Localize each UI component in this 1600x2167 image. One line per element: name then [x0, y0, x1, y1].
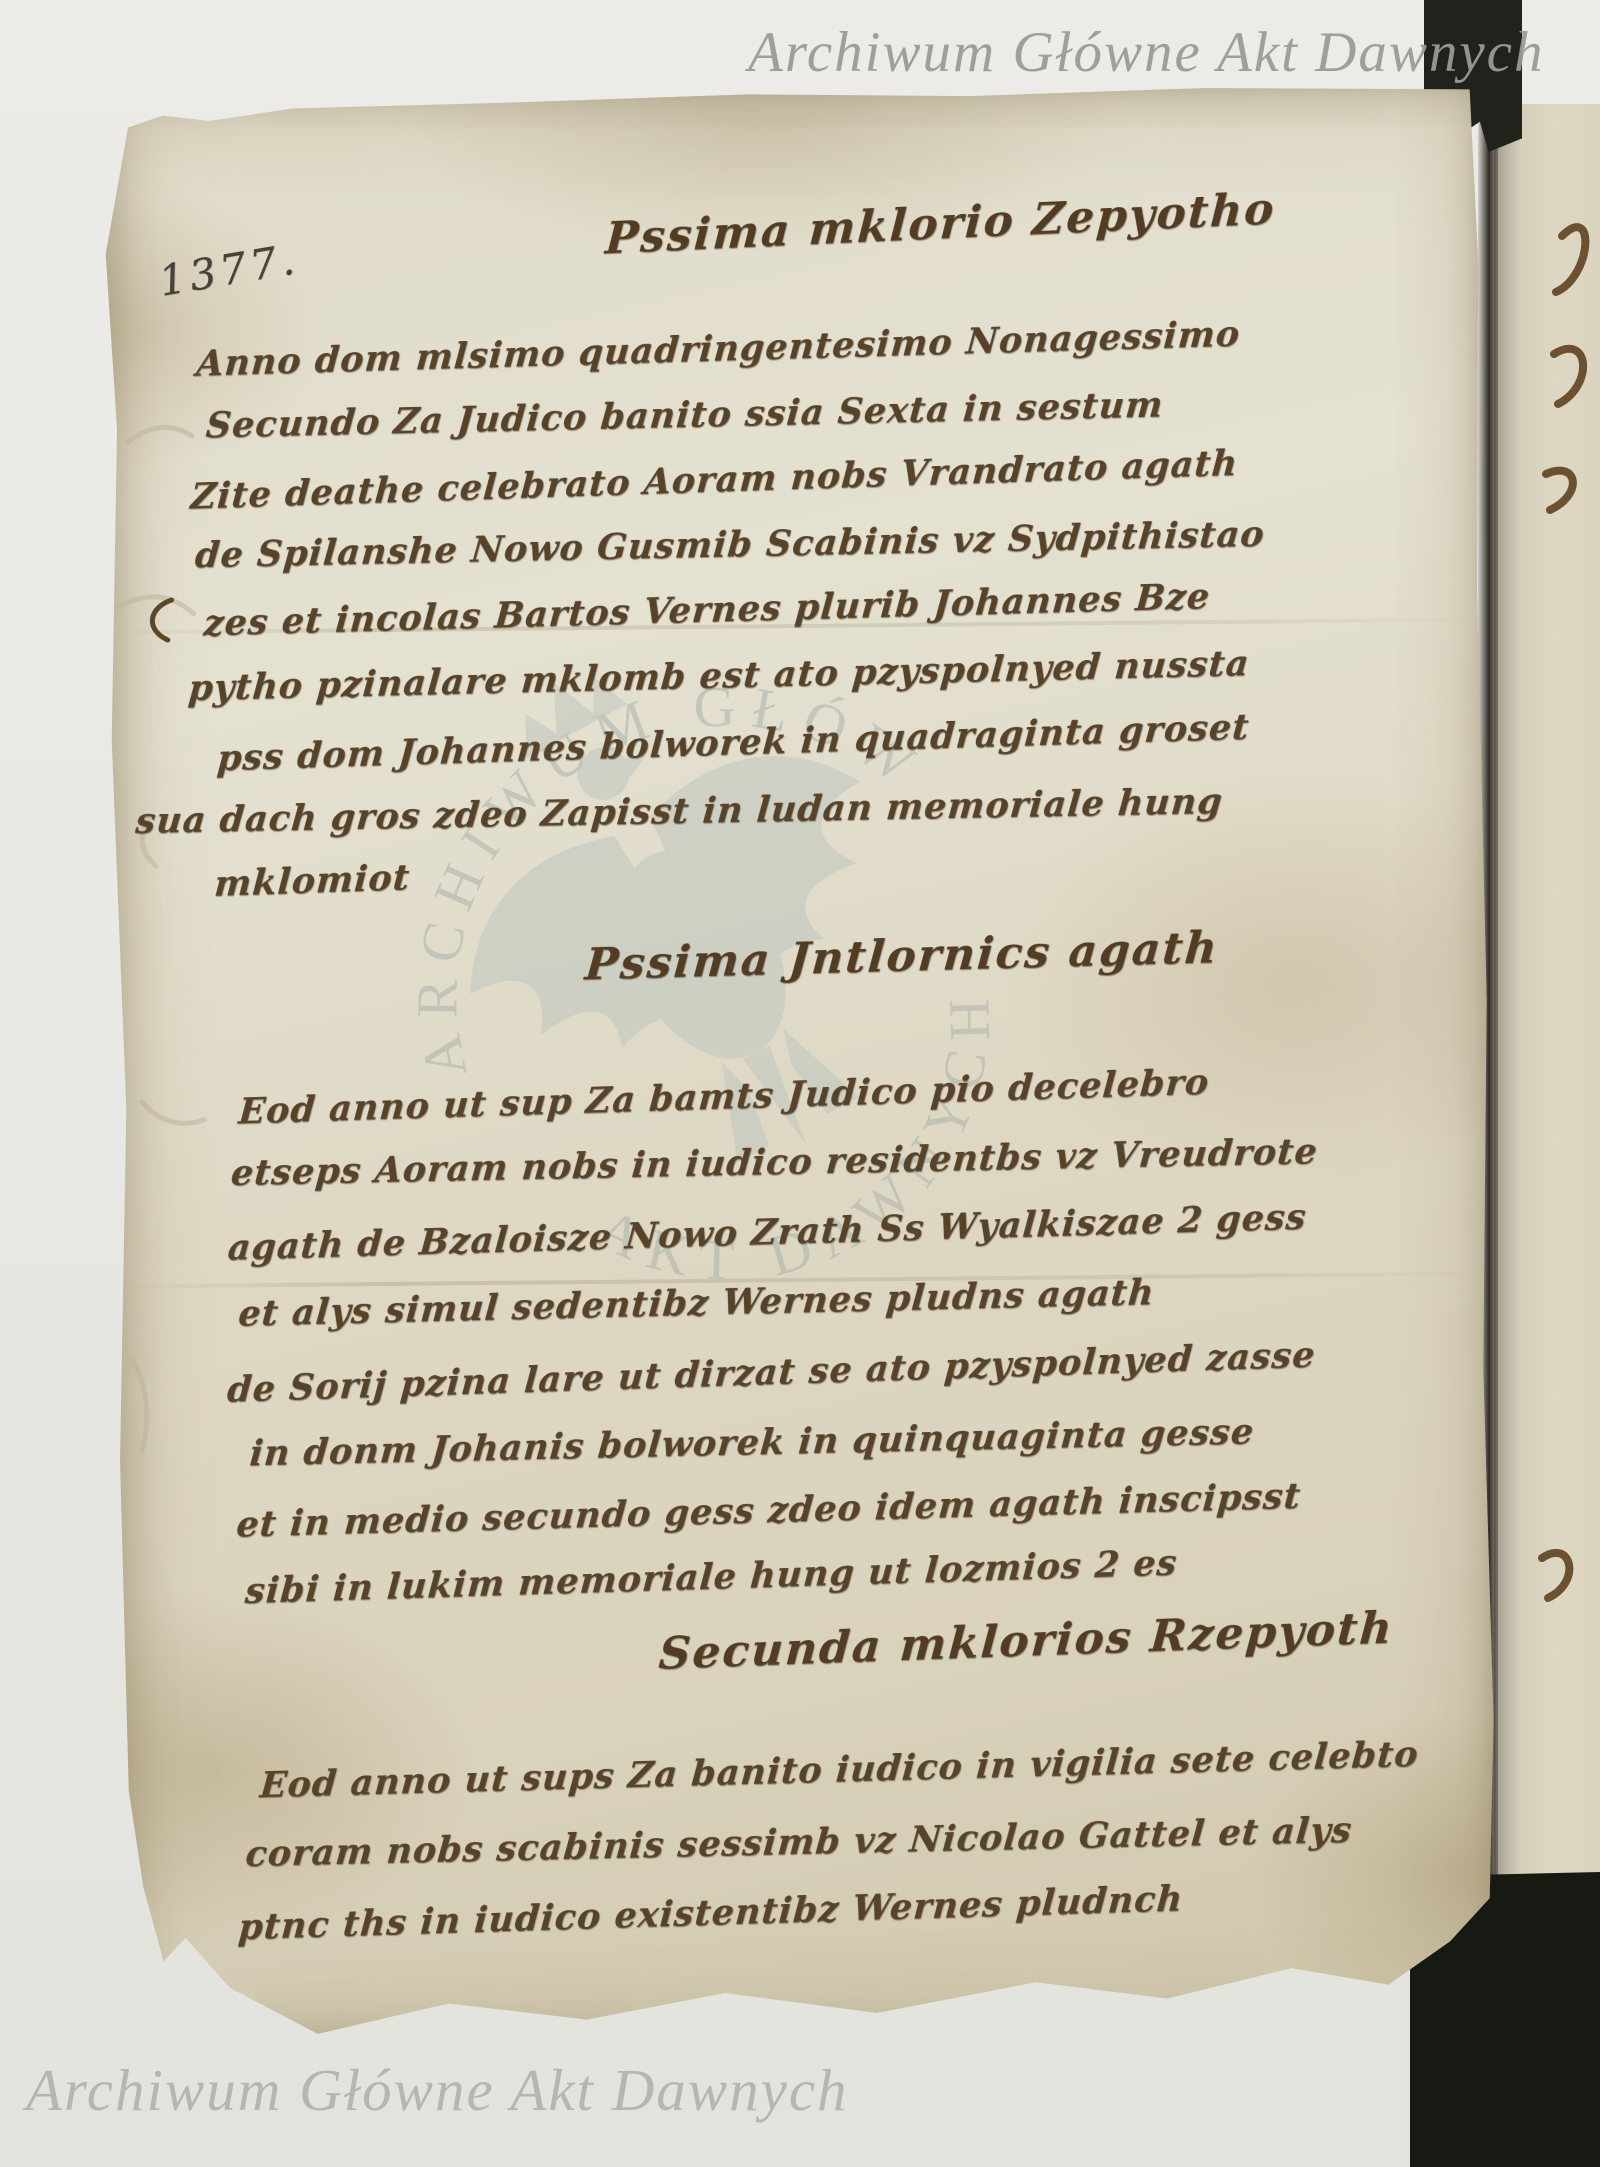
archive-watermark-bottom: Archiwum Główne Akt Dawnych [26, 2056, 849, 2125]
manuscript-line: mklomiot [213, 859, 411, 904]
archive-watermark-top: Archiwum Główne Akt Dawnych [748, 20, 1544, 85]
manuscript-line: et in medio secundo gess zdeo idem agath… [235, 1478, 1302, 1545]
page-number: 1377. [155, 234, 301, 306]
manuscript-line: in donm Johanis bolworek in quinquaginta… [248, 1413, 1256, 1473]
entry-1-heading: Pssima mklorio Zepyotho [604, 186, 1277, 264]
manuscript-line: Eod anno ut sups Za banito iudico in vig… [258, 1736, 1420, 1806]
manuscript-page: ARCHIWUM GŁÓWNE AKT DAWNYCH 1377. Pssima… [99, 85, 1500, 2043]
manuscript-line: coram nobs scabinis sessimb vz Nicolao G… [244, 1812, 1354, 1875]
manuscript-line: sibi in lukim memoriale hung ut lozmios … [244, 1545, 1179, 1612]
manuscript-line: Anno dom mlsimo quadringentesimo Nonages… [195, 316, 1242, 385]
archive-scan: ARCHIWUM GŁÓWNE AKT DAWNYCH 1377. Pssima… [0, 0, 1600, 2167]
manuscript-line: de Sorij pzina lare ut dirzat se ato pzy… [226, 1337, 1317, 1411]
manuscript-line: Secundo Za Judico banito ssia Sexta in s… [204, 387, 1165, 446]
margin-flourish [131, 590, 192, 651]
entry-3-heading: Secunda mklorios Rzepyoth [657, 1605, 1395, 1680]
next-page-ink-fragments [1496, 140, 1600, 1900]
manuscript-line: ptnc ths in iudico existentibz Wernes pl… [237, 1880, 1184, 1947]
